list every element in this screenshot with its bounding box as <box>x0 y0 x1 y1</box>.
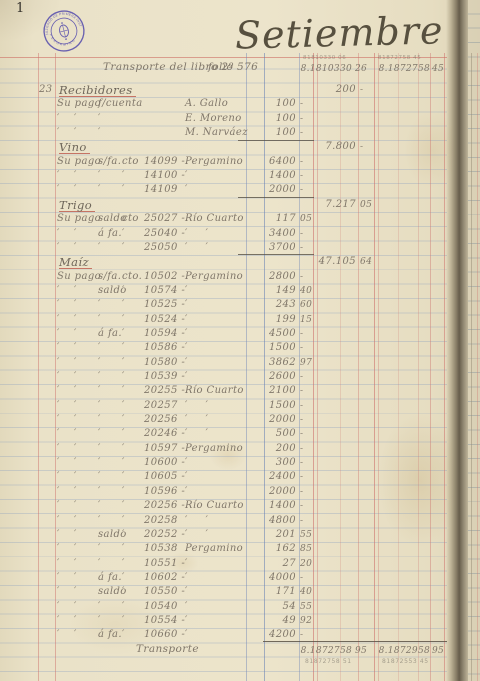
place-name: M. Narváez <box>185 127 248 139</box>
entry-prefix: ′ ′ <box>57 400 77 412</box>
entry-cents: 97 <box>300 357 313 369</box>
closing-carry-left-cents: 95 <box>355 645 369 657</box>
place-name: ′ <box>185 586 188 598</box>
ledger-row: ′ ′′′20258′ ′4800- <box>0 515 447 529</box>
entry-amount: 100 <box>248 113 296 125</box>
entry-prefix: ′ ′ <box>57 586 77 598</box>
entry-type: ′ <box>98 486 101 498</box>
entry-cents: 40 <box>300 285 313 297</box>
entry-amount: 2000 <box>248 184 296 196</box>
next-page-rules <box>468 0 480 681</box>
place-name: ′ ′ <box>185 400 208 412</box>
entry-cto: ′ <box>122 572 125 584</box>
entry-type: ′ <box>98 314 101 326</box>
entry-prefix: ′ ′ <box>57 500 77 512</box>
document-number: 10600 - <box>144 457 185 469</box>
entry-prefix: Su pago <box>57 156 101 168</box>
entry-cto: ′ <box>122 184 125 196</box>
place-name: ′ ′ <box>185 414 208 426</box>
entry-cto: ′ <box>122 615 125 627</box>
group-total-rule <box>238 254 314 255</box>
ledger-row: ′ ′′E. Moreno100- <box>0 113 447 127</box>
ledger-row: Su pagos/fa.cto.10502 -Pergamino2800- <box>0 271 447 285</box>
group-total-rule <box>238 197 314 198</box>
entry-cto: ′ <box>122 400 125 412</box>
ledger-row: Su pagosaldocto25027 -Río Cuarto11705 <box>0 213 447 227</box>
entry-type: ′ <box>98 127 101 139</box>
document-number: 10502 - <box>144 271 185 283</box>
entry-cents: - <box>300 228 313 240</box>
entry-cto: ′ <box>122 357 125 369</box>
closing-pencil-left: 81872758 51 <box>305 658 352 665</box>
entry-cto: ′ <box>122 385 125 397</box>
entry-prefix: Su pago <box>57 271 101 283</box>
entry-cents: 92 <box>300 615 313 627</box>
entry-cents: 55 <box>300 601 313 613</box>
ledger-row: ′ ′′′20246 -′ ′500- <box>0 428 447 442</box>
entry-cto: ′ <box>122 328 125 340</box>
entry-cents: - <box>300 414 313 426</box>
entry-prefix: ′ ′ <box>57 543 77 555</box>
ledger-row: ′ ′á fa.′25040 -′ ′3400- <box>0 228 447 242</box>
place-name: ′ <box>185 457 188 469</box>
section-total-amount: 7.800 <box>296 141 356 153</box>
page-number: 1 <box>16 3 25 15</box>
entry-cto: cto <box>122 213 139 225</box>
section-total-amount: 7.217 <box>296 199 356 211</box>
entry-amount: 100 <box>248 98 296 110</box>
closing-transport-label: Transporte <box>136 643 199 655</box>
ledger-row: ′ ′′′10554 -′4992 <box>0 615 447 629</box>
place-name: E. Moreno <box>185 113 242 125</box>
entry-type: ′ <box>98 500 101 512</box>
section-total-amount: 200 <box>296 84 356 96</box>
ledger-row: ′ ′′′10524 -′19915 <box>0 314 447 328</box>
entry-prefix: ′ ′ <box>57 357 77 369</box>
entry-cto: ′ <box>122 299 125 311</box>
entry-prefix: ′ ′ <box>57 371 77 383</box>
entry-cents: - <box>300 629 313 641</box>
entry-amount: 2000 <box>248 414 296 426</box>
entry-prefix: ′ ′ <box>57 285 77 297</box>
entry-prefix: ′ ′ <box>57 342 77 354</box>
ledger-row: ′ ′′′10605 -′2400- <box>0 471 447 485</box>
place-name: A. Gallo <box>185 98 228 110</box>
place-name: ′ <box>185 357 188 369</box>
entry-cents: 05 <box>300 213 313 225</box>
section-title: Vino <box>59 141 90 154</box>
entry-prefix: ′ ′ <box>57 615 77 627</box>
place-name: ′ <box>185 184 188 196</box>
entry-type: ′ <box>98 558 101 570</box>
entry-amount: 4000 <box>248 572 296 584</box>
entry-type: á fa. <box>98 629 122 641</box>
entry-amount: 149 <box>248 285 296 297</box>
entry-cents: 20 <box>300 558 313 570</box>
entry-type: f/cuenta <box>98 98 143 110</box>
entry-prefix: ′ ′ <box>57 127 77 139</box>
entry-cents: - <box>300 400 313 412</box>
entry-prefix: ′ ′ <box>57 228 77 240</box>
place-name: ′ <box>185 601 188 613</box>
entry-prefix: ′ ′ <box>57 170 77 182</box>
ledger-row: ′ ′′M. Narváez100- <box>0 127 447 141</box>
ledger-row: ′ ′′′10597 -Pergamino200- <box>0 443 447 457</box>
document-number: 20256 - <box>144 500 185 512</box>
page-title: Setiembre <box>234 7 440 58</box>
place-name: ′ ′ <box>185 515 208 527</box>
document-number: 10550 - <box>144 586 185 598</box>
entry-prefix: ′ ′ <box>57 414 77 426</box>
entry-amount: 117 <box>248 213 296 225</box>
document-number: 10596 - <box>144 486 185 498</box>
entry-amount: 3700 <box>248 242 296 254</box>
entry-amount: 3862 <box>248 357 296 369</box>
entry-prefix: ′ ′ <box>57 242 77 254</box>
entry-cto: ′ <box>122 601 125 613</box>
entry-prefix: ′ ′ <box>57 529 77 541</box>
entry-cents: - <box>300 500 313 512</box>
entry-cents: 40 <box>300 586 313 598</box>
carry-left-cents: 26 <box>355 63 369 75</box>
ledger-row: ′ ′′′10580 -′386297 <box>0 357 447 371</box>
ledger-page: 1 Setiembre JUZGADO DE PRIMERA INSTANCIA… <box>0 0 480 681</box>
entry-amount: 4800 <box>248 515 296 527</box>
entry-cents: - <box>300 486 313 498</box>
section-total-cents: 64 <box>360 256 376 268</box>
entry-amount: 100 <box>248 127 296 139</box>
entry-prefix: ′ ′ <box>57 558 77 570</box>
entry-prefix: Su pago <box>57 213 101 225</box>
entry-amount: 54 <box>248 601 296 613</box>
entry-amount: 300 <box>248 457 296 469</box>
entry-amount: 6400 <box>248 156 296 168</box>
entry-type: ′ <box>98 428 101 440</box>
entry-prefix: ′ ′ <box>57 601 77 613</box>
carry-right-amount: 8.1872758 <box>374 63 430 75</box>
entry-type: ′ <box>98 400 101 412</box>
ledger-row: Su pagof/cuentaA. Gallo100- <box>0 98 447 112</box>
entry-cto: ′ <box>122 486 125 498</box>
closing-carry-right-cents: 95 <box>432 645 445 657</box>
entry-amount: 199 <box>248 314 296 326</box>
document-number: 25040 - <box>144 228 185 240</box>
entry-amount: 162 <box>248 543 296 555</box>
entry-cents: - <box>300 471 313 483</box>
ledger-row: ′ ′saldo′10574 -′14940 <box>0 285 447 299</box>
entry-cto: ′ <box>122 443 125 455</box>
ledger-row: ′ ′saldo′20252 -′ ′20155 <box>0 529 447 543</box>
entry-amount: 243 <box>248 299 296 311</box>
entry-type: ′ <box>98 414 101 426</box>
entry-cto: cto. <box>122 271 142 283</box>
ledger-row: ′ ′′′10600 -′300- <box>0 457 447 471</box>
place-name: ′ <box>185 615 188 627</box>
place-name: ′ <box>185 285 188 297</box>
entry-cto: ′ <box>122 558 125 570</box>
entry-amount: 49 <box>248 615 296 627</box>
opening-folio-label: folio 576 <box>208 61 258 73</box>
place-name: Río Cuarto <box>185 385 244 397</box>
entry-cto: ′ <box>122 170 125 182</box>
entry-prefix: ′ ′ <box>57 572 77 584</box>
ledger-row: Su pagos/fa.cto14099 -Pergamino6400- <box>0 156 447 170</box>
place-name: ′ <box>185 299 188 311</box>
entry-cents: - <box>300 385 313 397</box>
entry-type: s/fa. <box>98 271 121 283</box>
entry-cents: - <box>300 457 313 469</box>
entry-cto: cto <box>122 156 139 168</box>
ledger-row: ′ ′′′14109′2000- <box>0 184 447 198</box>
place-name: Pergamino <box>185 156 243 168</box>
document-number: 10605 - <box>144 471 185 483</box>
entry-type: á fa. <box>98 228 122 240</box>
book-binding-edge <box>446 0 468 681</box>
entry-cto: ′ <box>122 471 125 483</box>
section-header-row: 23Recibidores200- <box>0 84 447 98</box>
section-title: Maíz <box>59 256 92 269</box>
place-name: Pergamino <box>185 543 243 555</box>
entry-cto: ′ <box>122 529 125 541</box>
place-name: ′ <box>185 486 188 498</box>
closing-carry-left-amount: 8.1872758 <box>298 645 352 657</box>
entry-prefix: ′ ′ <box>57 428 77 440</box>
document-number: 10597 - <box>144 443 185 455</box>
entry-prefix: ′ ′ <box>57 515 77 527</box>
entry-cents: - <box>300 515 313 527</box>
entry-cents: - <box>300 371 313 383</box>
ledger-row: ′ ′′′25050′ ′3700- <box>0 242 447 256</box>
entry-cents: 85 <box>300 543 313 555</box>
entry-cents: - <box>300 572 313 584</box>
entry-cents: - <box>300 127 313 139</box>
entry-cto: ′ <box>122 414 125 426</box>
carry-left-amount: 8.1810330 <box>298 63 352 75</box>
document-number: 10524 - <box>144 314 185 326</box>
entry-type: ′ <box>98 543 101 555</box>
ledger-row: ′ ′′′20256′ ′2000- <box>0 414 447 428</box>
ledger-row: ′ ′′′14100 -′1400- <box>0 170 447 184</box>
ledger-row: ′ ′′′10539 -′2600- <box>0 371 447 385</box>
entry-type: ′ <box>98 299 101 311</box>
entry-prefix: ′ ′ <box>57 486 77 498</box>
entry-cents: - <box>300 443 313 455</box>
section-total-cents: - <box>360 84 376 96</box>
place-name: ′ <box>185 342 188 354</box>
entry-prefix: ′ ′ <box>57 299 77 311</box>
ledger-row: ′ ′′′10551 -′2720 <box>0 558 447 572</box>
document-number: 20258 <box>144 515 178 527</box>
entry-amount: 2800 <box>248 271 296 283</box>
entry-type: á fa. <box>98 572 122 584</box>
document-number: 10594 - <box>144 328 185 340</box>
entry-amount: 1400 <box>248 500 296 512</box>
entry-cents: - <box>300 271 313 283</box>
ledger-row: ′ ′saldo′10550 -′17140 <box>0 586 447 600</box>
ledger-row: ′ ′á fa.′10594 -′4500- <box>0 328 447 342</box>
entry-prefix: ′ ′ <box>57 471 77 483</box>
entry-cto: ′ <box>122 543 125 555</box>
place-name: Río Cuarto <box>185 500 244 512</box>
pencil-carry-left: 81810330 06 <box>303 55 346 61</box>
entry-amount: 2000 <box>248 486 296 498</box>
entry-cto: ′ <box>122 242 125 254</box>
entry-cto: ′ <box>122 515 125 527</box>
entry-prefix: ′ ′ <box>57 629 77 641</box>
entry-cto: ′ <box>122 314 125 326</box>
document-number: 20257 <box>144 400 178 412</box>
section-header-row: Maíz47.10564 <box>0 256 447 270</box>
place-name: ′ <box>185 328 188 340</box>
entry-cto: ′ <box>122 342 125 354</box>
entry-type: ′ <box>98 242 101 254</box>
entry-cto: ′ <box>122 428 125 440</box>
entry-amount: 500 <box>248 428 296 440</box>
document-number: 10574 - <box>144 285 185 297</box>
document-number: 10539 - <box>144 371 185 383</box>
entry-amount: 1500 <box>248 400 296 412</box>
entry-cents: - <box>300 342 313 354</box>
entry-cents: - <box>300 428 313 440</box>
document-number: 10602 - <box>144 572 185 584</box>
entry-amount: 4200 <box>248 629 296 641</box>
entry-amount: 2600 <box>248 371 296 383</box>
ledger-row: ′ ′′′10525 -′24360 <box>0 299 447 313</box>
document-number: 10660 - <box>144 629 185 641</box>
closing-carry-right-amount: 8.1872958 <box>374 645 430 657</box>
document-number: 20255 - <box>144 385 185 397</box>
document-number: 14109 <box>144 184 178 196</box>
entry-type: ′ <box>98 113 101 125</box>
entry-cto: ′ <box>122 586 125 598</box>
place-name: ′ ′ <box>185 428 208 440</box>
entry-amount: 4500 <box>248 328 296 340</box>
place-name: ′ <box>185 572 188 584</box>
entry-amount: 27 <box>248 558 296 570</box>
entry-type: ′ <box>98 515 101 527</box>
entry-amount: 3400 <box>248 228 296 240</box>
document-number: 14099 - <box>144 156 185 168</box>
document-number: 25027 - <box>144 213 185 225</box>
ledger-row: ′ ′′′10586 -′1500- <box>0 342 447 356</box>
entry-cto: ′ <box>122 500 125 512</box>
entry-amount: 171 <box>248 586 296 598</box>
entry-prefix: ′ ′ <box>57 113 77 125</box>
entry-amount: 1400 <box>248 170 296 182</box>
entry-cents: - <box>300 328 313 340</box>
section-title: Trigo <box>59 199 95 212</box>
pencil-carry-right: 81872758 45 <box>378 55 421 61</box>
entry-cents: 55 <box>300 529 313 541</box>
entry-prefix: ′ ′ <box>57 457 77 469</box>
entry-type: ′ <box>98 371 101 383</box>
entry-amount: 2400 <box>248 471 296 483</box>
entry-type: á fa. <box>98 328 122 340</box>
entry-type: ′ <box>98 443 101 455</box>
entry-cto: ′ <box>122 371 125 383</box>
entry-amount: 200 <box>248 443 296 455</box>
document-number: 10540 <box>144 601 178 613</box>
entry-type: ′ <box>98 357 101 369</box>
entry-cents: 60 <box>300 299 313 311</box>
entry-cto: ′ <box>122 228 125 240</box>
entry-cto: ′ <box>122 285 125 297</box>
document-number: 14100 - <box>144 170 185 182</box>
ledger-row: ′ ′′′20255 -Río Cuarto2100- <box>0 385 447 399</box>
entry-prefix: ′ ′ <box>57 328 77 340</box>
entry-type: ′ <box>98 342 101 354</box>
section-total-cents: 05 <box>360 199 376 211</box>
entry-cto: ′ <box>122 457 125 469</box>
section-header-row: Vino7.800- <box>0 141 447 155</box>
entry-prefix: ′ ′ <box>57 314 77 326</box>
entry-cto: ′ <box>122 629 125 641</box>
entry-amount: 2100 <box>248 385 296 397</box>
document-number: 20246 - <box>144 428 185 440</box>
place-name: Pergamino <box>185 443 243 455</box>
document-number: 10554 - <box>144 615 185 627</box>
ledger-row: ′ ′′′10540′5455 <box>0 601 447 615</box>
entry-type: ′ <box>98 601 101 613</box>
place-name: Río Cuarto <box>185 213 244 225</box>
entry-prefix: ′ ′ <box>57 443 77 455</box>
document-number: 25050 <box>144 242 178 254</box>
day-number: 23 <box>39 84 53 96</box>
vertical-rule <box>471 53 472 681</box>
entry-type: ′ <box>98 615 101 627</box>
place-name: ′ <box>185 558 188 570</box>
place-name: ′ ′ <box>185 228 208 240</box>
entry-amount: 1500 <box>248 342 296 354</box>
entry-cents: 15 <box>300 314 313 326</box>
group-total-rule <box>238 140 314 141</box>
place-name: ′ <box>185 314 188 326</box>
entry-cents: - <box>300 242 313 254</box>
entry-type: ′ <box>98 471 101 483</box>
place-name: ′ <box>185 371 188 383</box>
entry-cents: - <box>300 156 313 168</box>
entry-cents: - <box>300 170 313 182</box>
vertical-rule <box>477 53 478 681</box>
place-name: ′ <box>185 170 188 182</box>
document-number: 10551 - <box>144 558 185 570</box>
entry-prefix: ′ ′ <box>57 385 77 397</box>
ledger-row: ′ ′′′10538Pergamino16285 <box>0 543 447 557</box>
document-number: 10525 - <box>144 299 185 311</box>
section-header-row: Trigo7.21705 <box>0 199 447 213</box>
ledger-row: ′ ′′′20256 -Río Cuarto1400- <box>0 500 447 514</box>
section-total-amount: 47.105 <box>296 256 356 268</box>
entry-type: ′ <box>98 385 101 397</box>
place-name: ′ <box>185 629 188 641</box>
ledger-row: ′ ′′′10596 -′2000- <box>0 486 447 500</box>
section-total-cents: - <box>360 141 376 153</box>
section-title: Recibidores <box>59 84 136 97</box>
entry-amount: 201 <box>248 529 296 541</box>
place-name: ′ ′ <box>185 242 208 254</box>
ledger-row: ′ ′á fa.′10602 -′4000- <box>0 572 447 586</box>
entry-cents: - <box>300 184 313 196</box>
place-name: ′ ′ <box>185 529 208 541</box>
entry-type: ′ <box>98 170 101 182</box>
entry-type: s/fa. <box>98 156 121 168</box>
document-number: 20256 <box>144 414 178 426</box>
document-number: 10586 - <box>144 342 185 354</box>
closing-pencil-right: 81872553 45 <box>382 658 429 665</box>
entry-type: ′ <box>98 184 101 196</box>
entry-prefix: ′ ′ <box>57 184 77 196</box>
document-number: 10538 <box>144 543 178 555</box>
